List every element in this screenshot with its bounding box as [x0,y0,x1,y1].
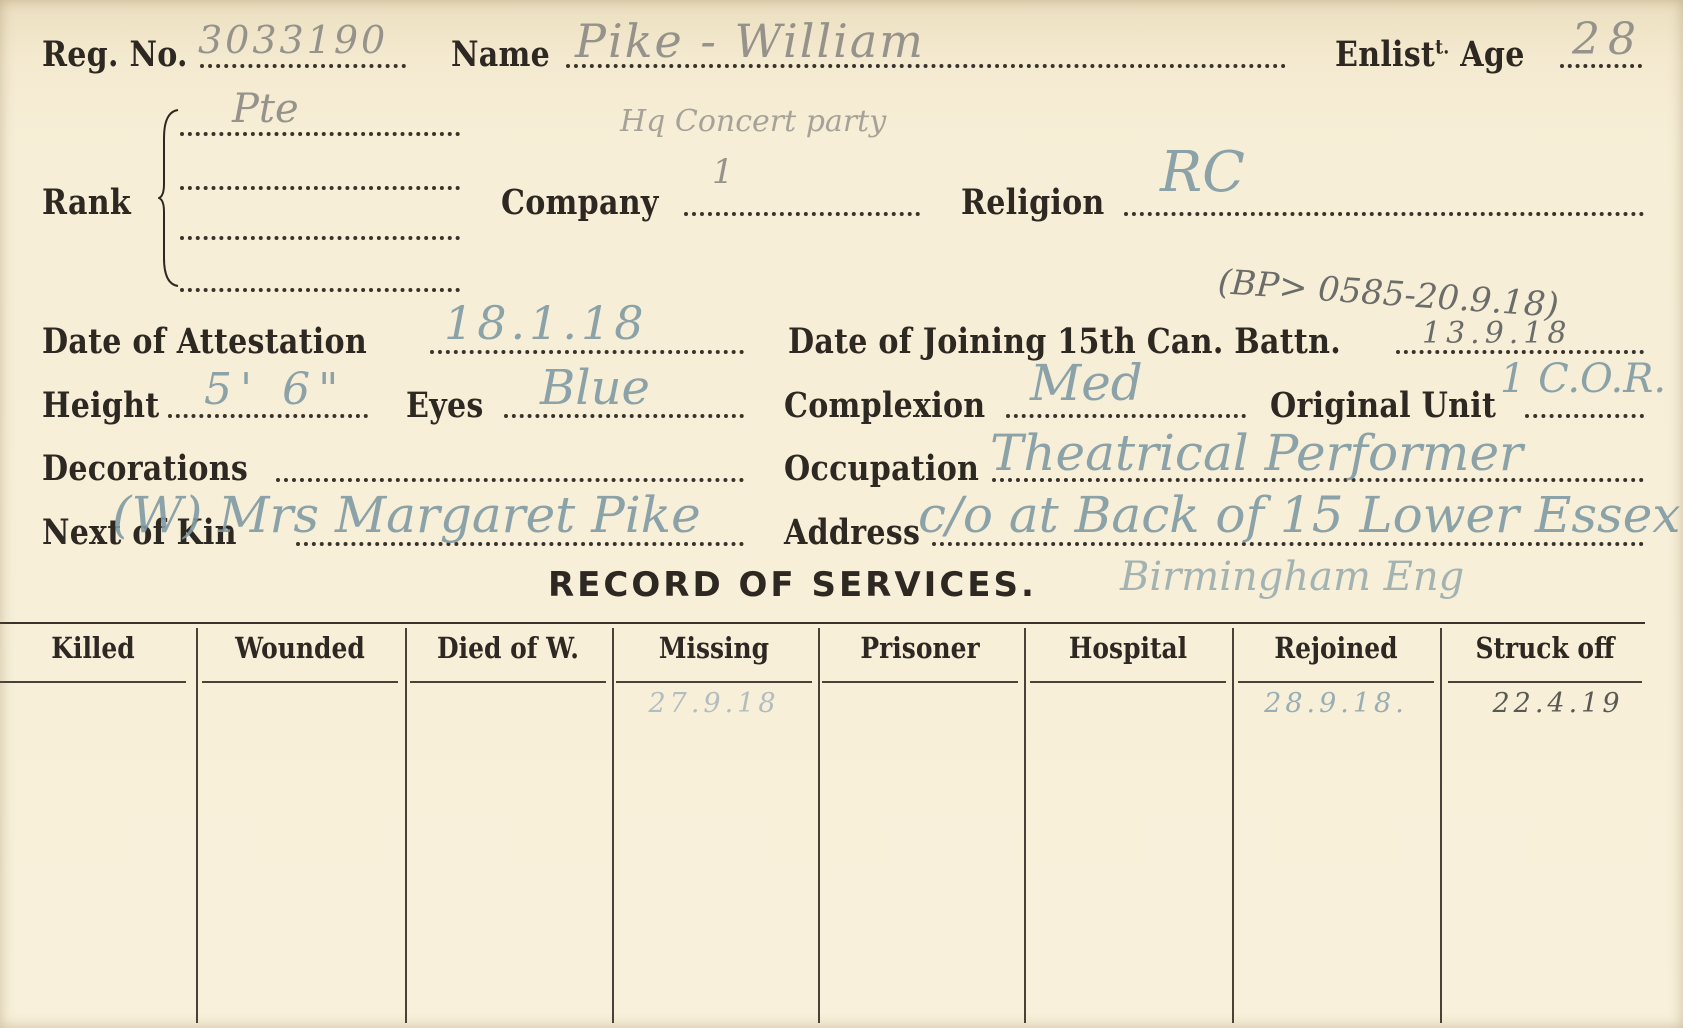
service-record-card: Reg. No. 3033190 Name Pike - William Enl… [0,0,1683,1028]
rank-line-4 [180,288,460,292]
rank-line-2 [180,186,460,190]
header-underline [1448,681,1642,683]
column-header-killed: Killed [13,631,173,665]
enlist-age-value: 28 [1572,14,1644,65]
height-label: Height [42,385,159,426]
column-header-wounded: Wounded [216,631,385,665]
column-header-struck-off: Struck off [1462,631,1629,665]
table-top-rule [0,622,1645,624]
column-header-rejoined: Rejoined [1252,631,1421,665]
rank-label: Rank [42,182,131,223]
cell-missing: 27.9.18 [616,688,812,719]
height-value: 5' 6" [204,364,346,415]
record-of-services-title: RECORD OF SERVICES. [548,565,1037,605]
column-divider [405,628,407,1023]
rank-brace [158,108,180,288]
reg-no-line [200,64,406,68]
address-label: Address [784,512,920,553]
header-underline [410,681,606,683]
header-underline [0,681,186,683]
company-line [684,212,920,216]
complexion-value: Med [1030,354,1143,412]
header-underline [822,681,1018,683]
date-attestation-line [430,350,744,354]
name-label: Name [451,34,550,75]
reg-no-label: Reg. No. [42,34,188,75]
column-header-prisoner: Prisoner [836,631,1005,665]
religion-value: RC [1160,140,1245,205]
column-divider [1024,628,1026,1023]
header-underline [616,681,812,683]
address-value: c/o at Back of 15 Lower Essex St [918,486,1683,544]
enlist-age-label: Enlistt. Age [1335,34,1525,75]
religion-label: Religion [961,182,1105,223]
decorations-label: Decorations [42,448,248,489]
decorations-line [276,478,744,482]
cell-rejoined: 28.9.18. [1238,688,1434,719]
complexion-label: Complexion [784,385,985,426]
address-value-line2: Birmingham Eng [1120,554,1464,600]
date-attestation-label: Date of Attestation [42,321,367,362]
header-underline [202,681,398,683]
occupation-value: Theatrical Performer [990,424,1523,482]
column-divider [612,628,614,1023]
eyes-label: Eyes [406,385,484,426]
date-attestation-value: 18.1.18 [444,296,648,350]
company-label: Company [501,182,659,223]
cell-struck-off: 22.4.19 [1448,688,1668,719]
column-divider [1232,628,1234,1023]
column-divider [818,628,820,1023]
column-divider [196,628,198,1023]
header-underline [1030,681,1226,683]
company-annotation: Hq Concert party [620,104,886,139]
next-of-kin-value: (W) Mrs Margaret Pike [112,486,701,544]
company-value: 1 [712,152,734,192]
column-header-hospital: Hospital [1044,631,1213,665]
original-unit-line [1525,414,1644,418]
original-unit-value: 1 C.O.R. [1500,356,1666,402]
header-underline [1238,681,1434,683]
original-unit-label: Original Unit [1270,385,1496,426]
complexion-line [1006,414,1246,418]
reg-no-value: 3033190 [198,18,388,62]
column-header-died-of-wounds: Died of W. [424,631,593,665]
rank-line-3 [180,236,460,240]
date-joining-value: 13.9.18 [1422,316,1572,351]
column-divider [1440,628,1442,1023]
name-value: Pike - William [575,14,925,68]
column-header-missing: Missing [630,631,799,665]
religion-line [1124,212,1644,216]
eyes-value: Blue [540,360,650,416]
occupation-label: Occupation [784,448,979,489]
rank-line-1 [180,132,460,136]
rank-value: Pte [232,86,299,132]
